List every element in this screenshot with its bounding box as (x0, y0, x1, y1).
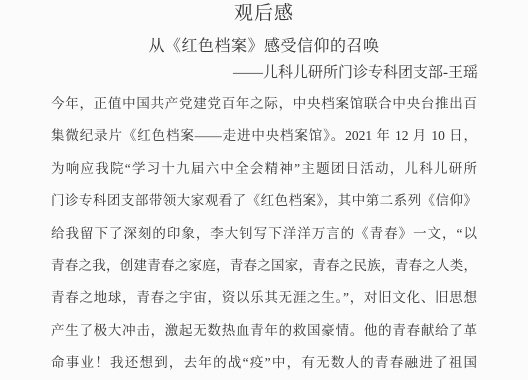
body-text-line: 集微纪录片《红色档案——走进中央档案馆》。2021 年 12 月 10 日， (51, 120, 477, 152)
document-subtitle: 从《红色档案》感受信仰的召唤 (0, 35, 528, 58)
body-text-line: 门诊专科团支部带领大家观看了《红色档案》，其中第二系列《信仰》 (51, 185, 477, 217)
body-text-line: 命事业！我还想到，去年的战“疫”中，有无数人的青春融进了祖国 (51, 347, 477, 379)
body-text-line: 产生了极大冲击，激起无数热血青年的救国豪情。他的青春献给了革 (51, 315, 477, 347)
body-text-line: 今年，正值中国共产党建党百年之际，中央档案馆联合中央台推出百 (51, 88, 477, 120)
document-attribution: ——儿科儿研所门诊专科团支部-王瑶 (0, 62, 478, 84)
body-text-line: 青春之地球，青春之宇宙，资以乐其无涯之生。”，对旧文化、旧思想 (51, 282, 477, 314)
body-text-line: 青春之我，创建青春之家庭，青春之国家，青春之民族，青春之人类， (51, 250, 477, 282)
document-page: 观后感 从《红色档案》感受信仰的召唤 ——儿科儿研所门诊专科团支部-王瑶 今年，… (0, 0, 528, 380)
body-text-line: 为响应我院“学习十九届六中全会精神”主题团日活动，儿科儿研所 (51, 153, 477, 185)
body-text-line: 给我留下了深刻的印象，李大钊写下洋洋万言的《青春》一文，“以 (51, 218, 477, 250)
document-title: 观后感 (0, 0, 528, 26)
document-body: 今年，正值中国共产党建党百年之际，中央档案馆联合中央台推出百 集微纪录片《红色档… (51, 88, 477, 380)
